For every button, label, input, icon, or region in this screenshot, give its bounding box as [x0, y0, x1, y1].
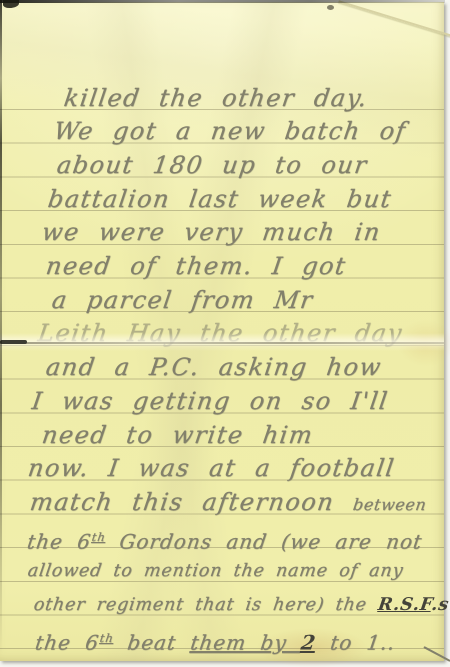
handwriting-line: battalion last week but	[46, 184, 394, 214]
handwriting-segment: killed the other day.	[62, 84, 370, 112]
handwriting-line: We got a new batch of	[52, 116, 408, 146]
handwriting-line: need to write him	[40, 420, 315, 450]
handwriting-line: about 180 up to our	[55, 150, 370, 180]
handwriting-segment: to 1..	[314, 630, 397, 654]
handwriting-line: we were very much in	[40, 217, 383, 247]
handwriting-segment: them by	[189, 630, 303, 654]
handwriting-line: match this afternoon between	[28, 487, 429, 517]
handwriting-segment: Gordons and (we are not	[104, 529, 424, 553]
handwriting-segment: about 180 up to our	[55, 151, 369, 179]
handwriting-segment: and a P.C. asking how	[44, 353, 384, 381]
handwriting-line: other regiment that is here) the R.S.F.s…	[32, 590, 450, 620]
handwriting-segment: now. I was at a football	[26, 454, 397, 482]
handwriting-segment: the 6	[26, 529, 93, 553]
fold-crease-left-mark	[0, 340, 27, 344]
handwriting-segment: I was getting on so I'll	[30, 387, 390, 415]
scan-edge-top	[0, 0, 445, 3]
handwriting-line: Leith Hay the other day	[36, 318, 405, 348]
handwriting-segment: match this afternoon	[28, 488, 355, 516]
handwriting-segment: R.S.F	[377, 595, 433, 615]
handwriting-line: killed the other day.	[62, 83, 370, 113]
handwriting-line: I was getting on so I'll	[30, 386, 390, 416]
handwriting-line: and a P.C. asking how	[44, 352, 384, 382]
handwriting-segment: Leith Hay the other day	[36, 319, 404, 347]
handwriting-line: a parcel from Mr	[50, 285, 315, 315]
handwriting-segment: need of them. I got	[44, 252, 348, 280]
handwriting-segment: beat	[112, 630, 193, 654]
handwriting-text: killed the other day.We got a new batch …	[0, 2, 444, 661]
handwriting-line: the 6th Gordons and (we are not	[26, 522, 425, 552]
handwriting-segment: other regiment that is here) the	[32, 595, 379, 615]
handwriting-segment: a parcel from Mr	[50, 286, 315, 314]
handwriting-segment: allowed to mention the name of any	[26, 561, 404, 581]
handwriting-line: the 6th beat them by 2 to 1..	[34, 623, 398, 653]
handwriting-segment: .s..	[430, 595, 450, 615]
scan-edge-left	[0, 0, 2, 653]
handwriting-segment: the 6	[34, 630, 101, 654]
handwriting-line: need of them. I got	[44, 251, 348, 281]
handwriting-segment: need to write him	[40, 421, 315, 449]
letter-paper: killed the other day.We got a new batch …	[0, 2, 444, 661]
handwriting-line: now. I was at a football	[26, 453, 397, 483]
handwriting-segment: we were very much in	[40, 218, 383, 246]
handwriting-segment: battalion last week but	[46, 185, 394, 213]
letter-scan: killed the other day.We got a new batch …	[0, 0, 450, 667]
handwriting-segment: We got a new batch of	[52, 117, 408, 145]
handwriting-line: allowed to mention the name of any	[26, 556, 406, 586]
handwriting-segment: between	[352, 495, 428, 514]
